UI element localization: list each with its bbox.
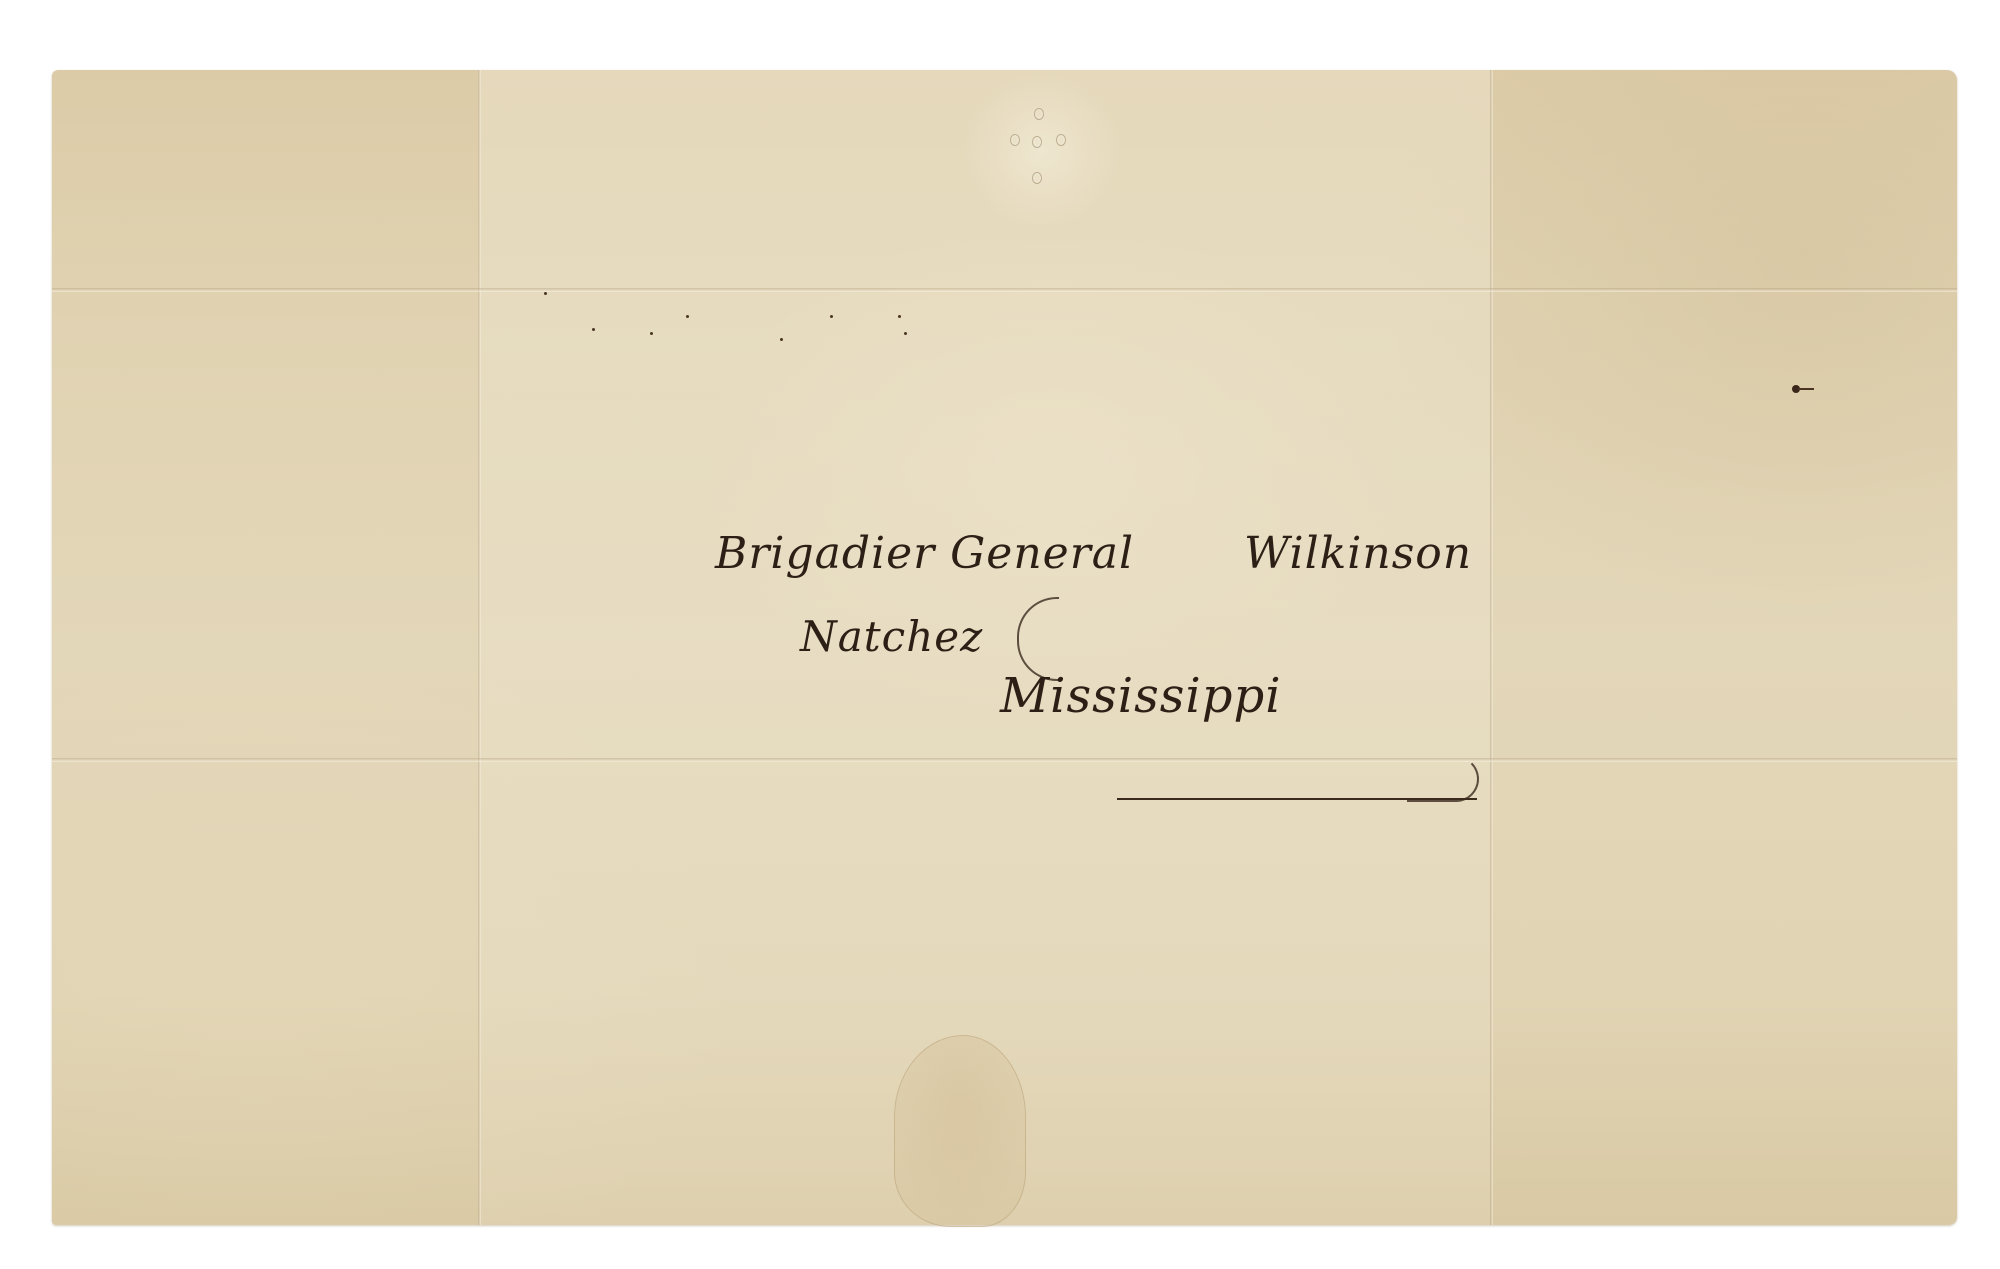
- address-title: Brigadier General: [715, 528, 1134, 579]
- seal-pin-mark: [1056, 134, 1066, 146]
- seal-pin-mark: [1010, 134, 1020, 146]
- seal-pin-mark: [1032, 172, 1042, 184]
- fold-line-top: [52, 288, 1957, 292]
- address-recipient: Brigadier General Wilkinson: [715, 528, 1472, 579]
- ink-speck: [544, 292, 547, 295]
- address-name: Wilkinson: [1244, 528, 1472, 579]
- address-flourish: [1407, 756, 1479, 802]
- ink-speck: [780, 338, 783, 341]
- ink-speck: [650, 332, 653, 335]
- seal-impression-icon: [957, 75, 1127, 225]
- address-state: Mississippi: [1000, 668, 1282, 724]
- ink-blot-icon: [1792, 385, 1812, 393]
- water-stain: [894, 1035, 1026, 1227]
- seal-pin-mark: [1032, 136, 1042, 148]
- address-city: Natchez: [800, 612, 983, 661]
- ink-speck: [898, 315, 901, 318]
- ink-speck: [904, 332, 907, 335]
- ink-speck: [830, 315, 833, 318]
- letter-sheet: [52, 70, 1957, 1225]
- fold-line-left: [478, 70, 481, 1225]
- ink-speck: [686, 315, 689, 318]
- seal-pin-mark: [1034, 108, 1044, 120]
- fold-line-bottom: [52, 758, 1957, 762]
- ink-speck: [592, 328, 595, 331]
- fold-line-right: [1490, 70, 1493, 1225]
